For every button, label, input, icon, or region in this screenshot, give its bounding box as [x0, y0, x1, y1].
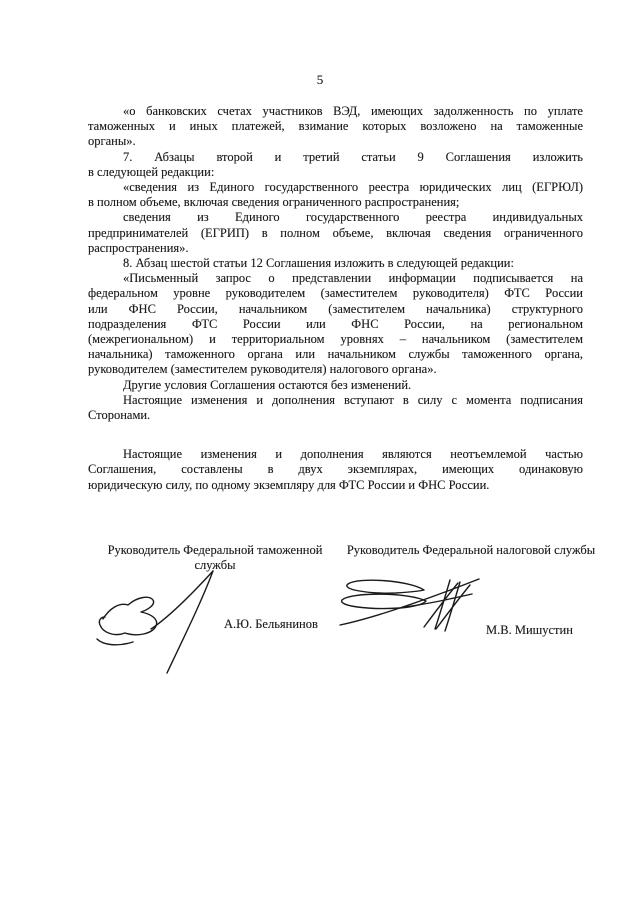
- text-line: Настоящие изменения и дополнения являютс…: [88, 447, 583, 462]
- text-line: таможенных и иных платежей, взимание кот…: [88, 119, 583, 134]
- text-line: в следующей редакции:: [88, 165, 583, 180]
- document-text: «о банковских счетах участников ВЭД, име…: [88, 104, 583, 493]
- right-signatory-title: Руководитель Федеральной налоговой служб…: [346, 543, 596, 558]
- text-line: «Письменный запрос о представлении инфор…: [88, 271, 583, 286]
- scanned-document-page: 5 «о банковских счетах участников ВЭД, и…: [0, 0, 640, 905]
- signature-section: Руководитель Федеральной таможенной служ…: [0, 543, 640, 763]
- page-number: 5: [0, 72, 640, 87]
- text-line: органы».: [88, 134, 583, 149]
- text-line: руководителем (заместителем руководителя…: [88, 362, 583, 377]
- left-signature-handwriting: [95, 567, 240, 677]
- text-line: сведения из Единого государственного рее…: [88, 210, 583, 225]
- text-lines: «о банковских счетах участников ВЭД, име…: [88, 104, 583, 493]
- text-line: «о банковских счетах участников ВЭД, име…: [88, 104, 583, 119]
- text-line: (межрегиональном) и территориальном уров…: [88, 332, 583, 347]
- text-line: предпринимателей (ЕГРИП) в полном объеме…: [88, 226, 583, 241]
- text-line: или ФНС России, начальником (заместителе…: [88, 302, 583, 317]
- text-line: 8. Абзац шестой статьи 12 Соглашения изл…: [88, 256, 583, 271]
- text-line: «сведения из Единого государственного ре…: [88, 180, 583, 195]
- right-signatory-name: М.В. Мишустин: [486, 623, 573, 638]
- text-line: 7. Абзацы второй и третий статьи 9 Согла…: [88, 150, 583, 165]
- text-line: юридическую силу, по одному экземпляру д…: [88, 478, 583, 493]
- text-line: подразделения ФТС России или ФНС России,…: [88, 317, 583, 332]
- text-line: Сторонами.: [88, 408, 583, 423]
- text-line: федеральном уровне руководителем (замест…: [88, 286, 583, 301]
- text-line: Соглашения, составлены в двух экземпляра…: [88, 462, 583, 477]
- text-line: распространения».: [88, 241, 583, 256]
- text-line: в полном объеме, включая сведения ограни…: [88, 195, 583, 210]
- right-signature-handwriting: [338, 577, 488, 635]
- text-line: начальника) таможенного органа или начал…: [88, 347, 583, 362]
- text-line: Настоящие изменения и дополнения вступаю…: [88, 393, 583, 408]
- left-signatory-name: А.Ю. Бельянинов: [224, 617, 318, 632]
- text-line: Другие условия Соглашения остаются без и…: [88, 378, 583, 393]
